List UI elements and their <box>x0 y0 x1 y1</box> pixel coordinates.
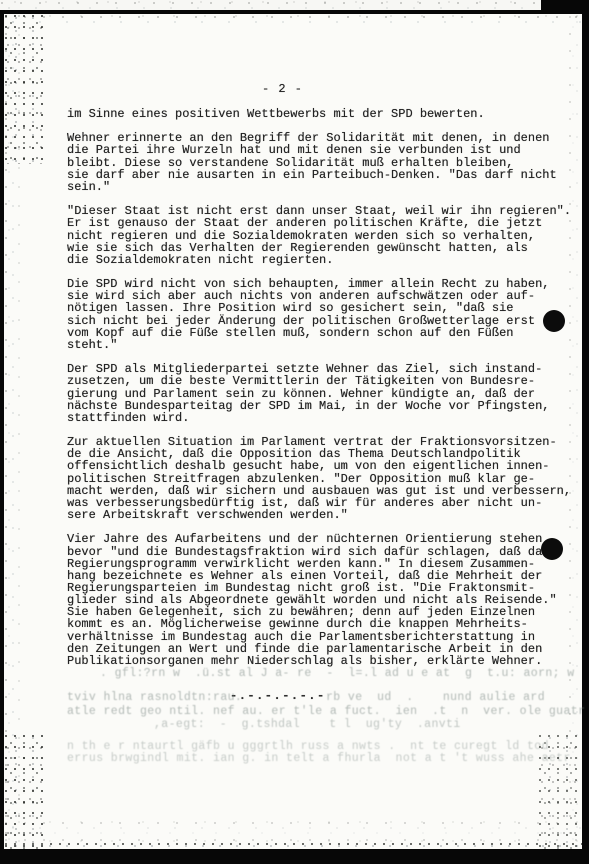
scan-noise-bottom-band <box>4 820 582 844</box>
scan-top-margin <box>0 0 541 10</box>
bleedthrough-line-6: errus brwgindl mit. ian g. in telt a fhu… <box>67 752 571 765</box>
paragraph-6: Zur aktuellen Situation im Parlament ver… <box>67 436 579 521</box>
bleedthrough-line-1: . gfl:?rn w .ü.st al J a- re - l=.l ad u… <box>100 667 575 680</box>
section-divider: -.-.-.-.-.- <box>230 689 326 703</box>
body-text-block: im Sinne eines positiven Wettbewerbs mit… <box>67 108 579 679</box>
paragraph-3: "Dieser Staat ist nicht erst dann unser … <box>67 205 579 266</box>
bleedthrough-line-2-left: tviv hlna rasnoldtn:rau. <box>67 691 242 704</box>
scanned-document-screenshot: { "colors": { "paper": "#fbfbf8", "ink":… <box>0 0 589 864</box>
bleedthrough-line-2-right: rb ve ud . nund aulie ard <box>326 691 545 704</box>
document-page: - 2 - im Sinne eines positiven Wettbewer… <box>4 14 582 849</box>
scan-noise-left-edge <box>4 14 22 849</box>
paragraph-5: Der SPD als Mitgliederpartei setzte Wehn… <box>67 363 579 424</box>
punch-hole-dot-bottom <box>541 538 563 560</box>
paragraph-2: Wehner erinnerte an den Begriff der Soli… <box>67 132 579 193</box>
paragraph-1: im Sinne eines positiven Wettbewerbs mit… <box>67 108 579 120</box>
scan-noise-corner-top-left <box>4 14 46 164</box>
paragraph-7: Vier Jahre des Aufarbeitens und der nüch… <box>67 533 579 667</box>
scan-noise-bottom-edge <box>4 842 582 849</box>
scan-noise-corner-bottom-left <box>4 734 48 849</box>
paragraph-4: Die SPD wird nicht von sich behaupten, i… <box>67 278 579 351</box>
page-number: - 2 - <box>262 82 303 96</box>
scan-noise-top-edge <box>4 14 582 23</box>
scan-noise-top-strip <box>0 0 541 10</box>
bleedthrough-line-3: atle redt geo ntil. nef au. er t'le a fu… <box>67 705 589 718</box>
bleedthrough-line-4: ,a-egt: - g.tshdal t l ug'ty .anvti <box>154 718 461 731</box>
punch-hole-dot-top <box>543 310 565 332</box>
